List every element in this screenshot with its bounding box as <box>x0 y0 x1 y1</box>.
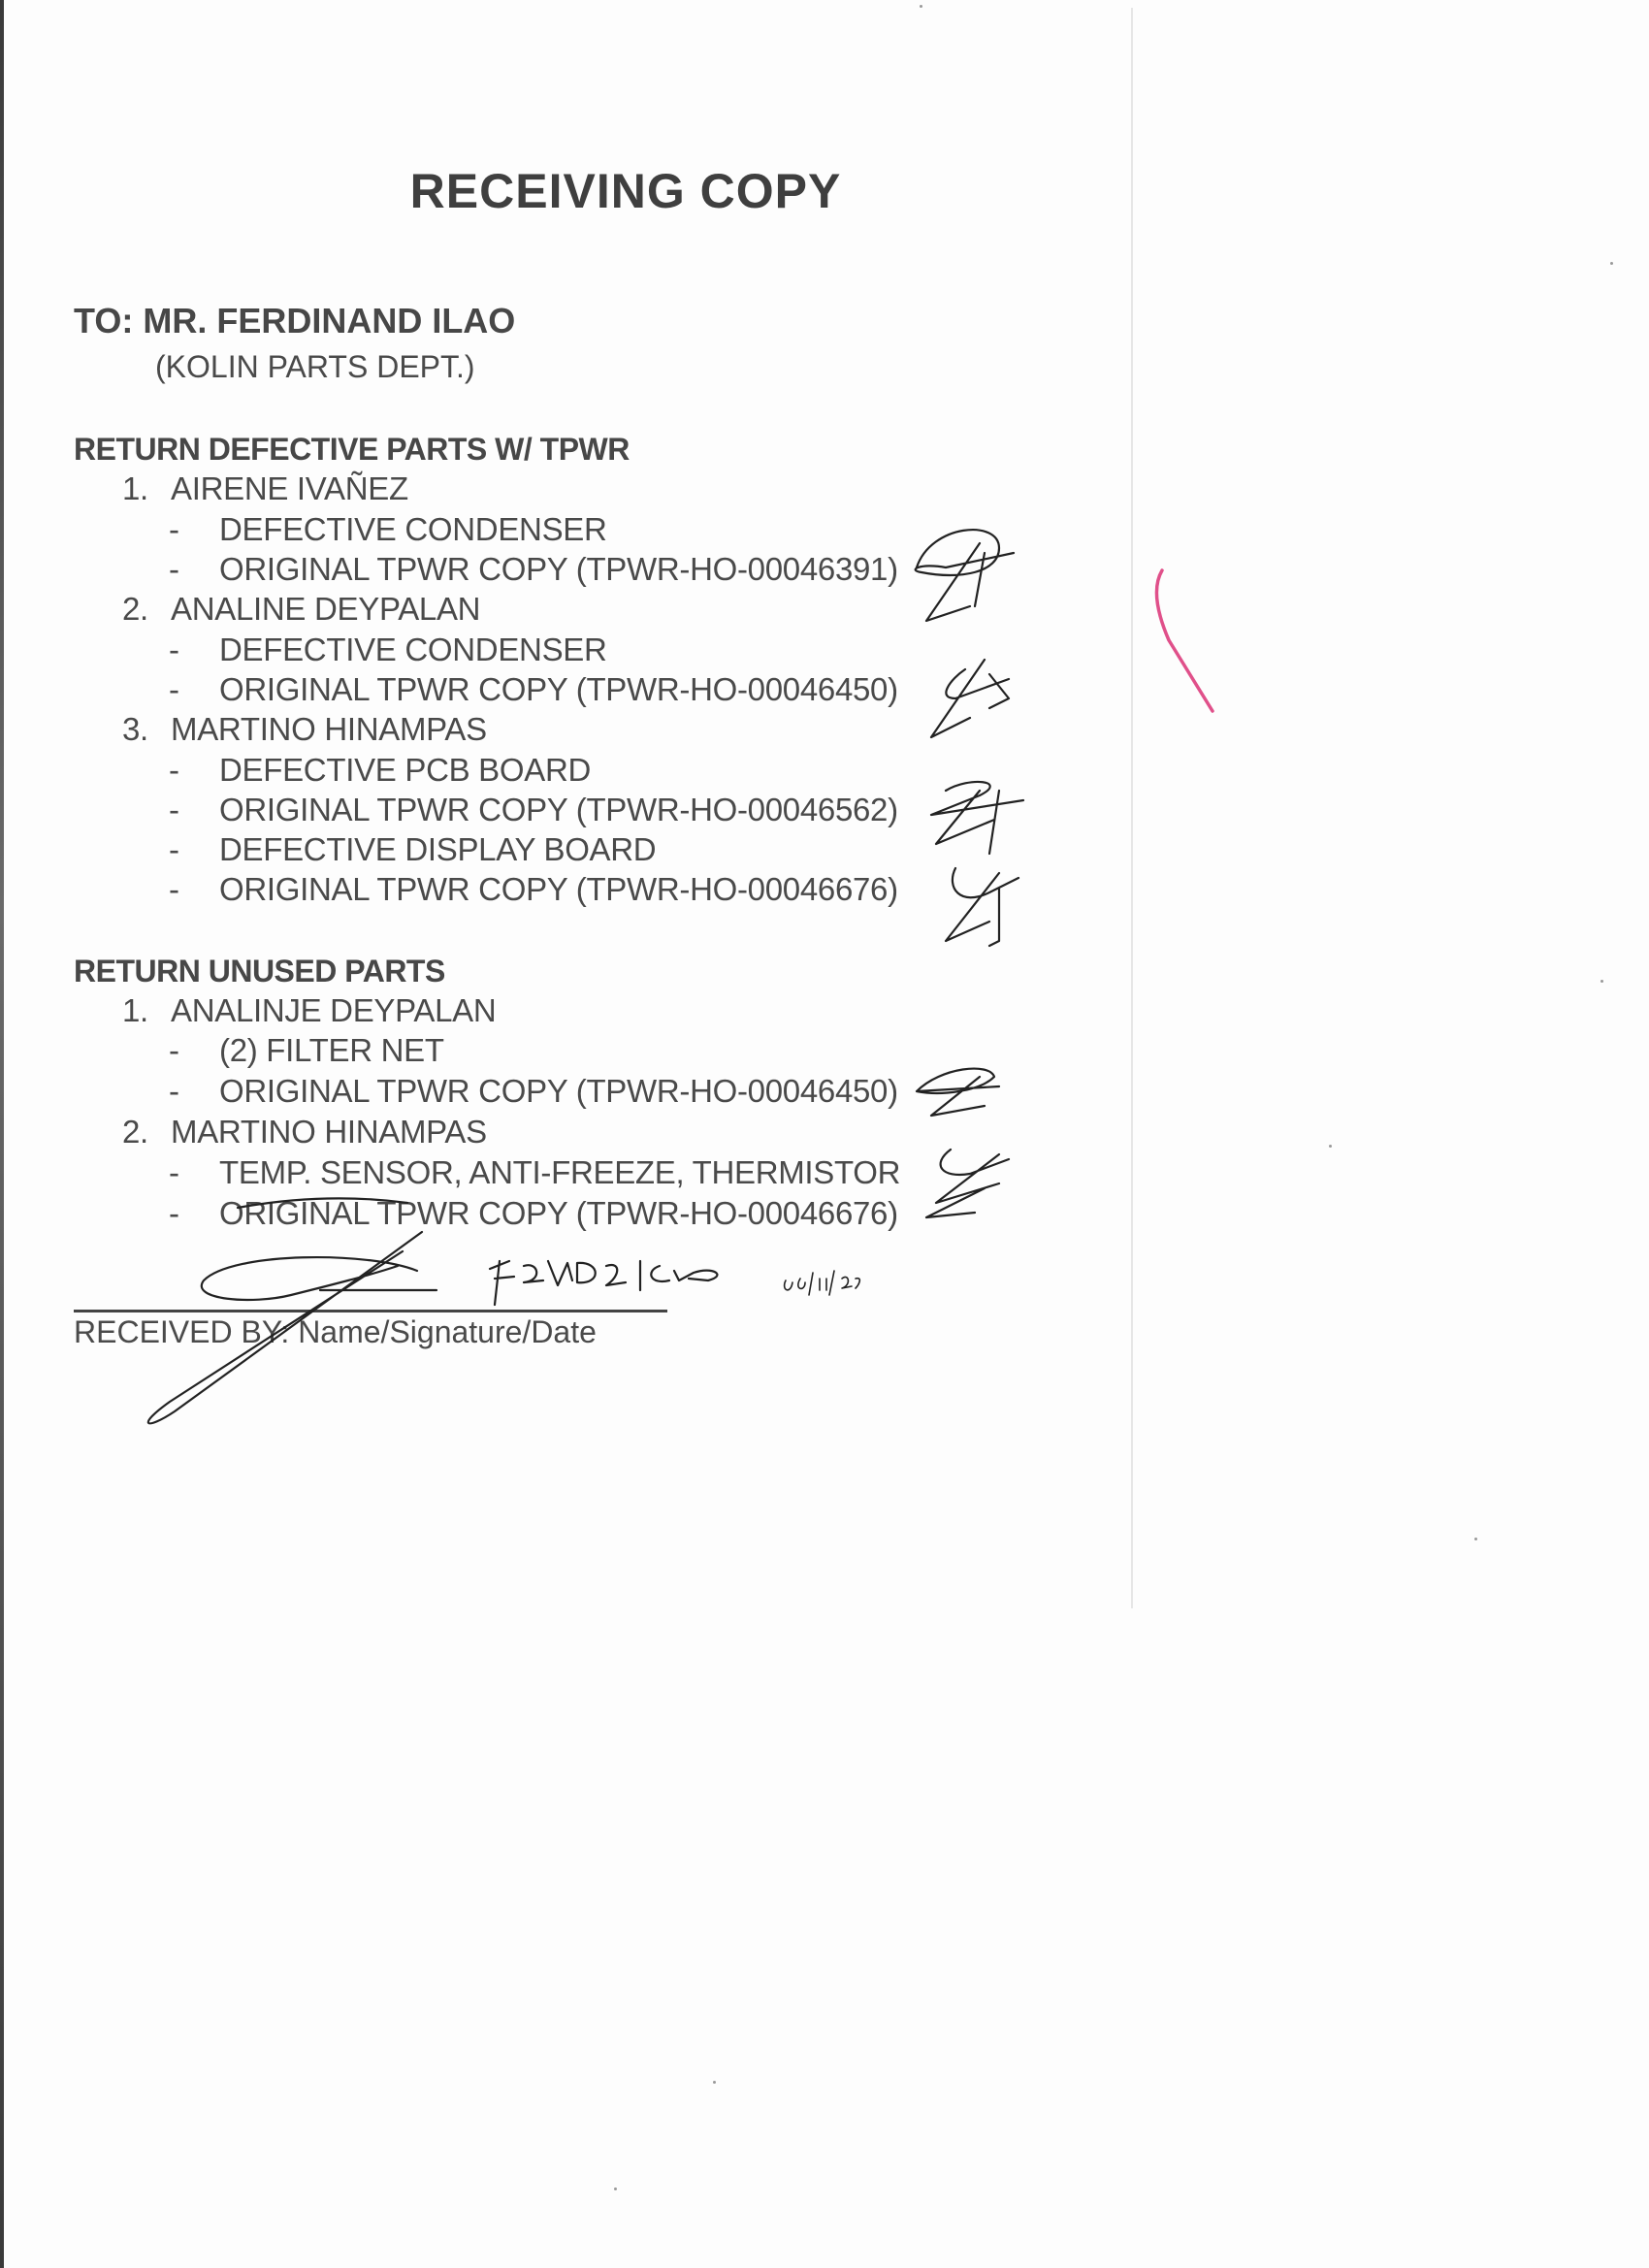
signature-line <box>74 1310 667 1312</box>
list-entry-person: 1.ANALINJE DEYPALAN <box>122 992 496 1029</box>
item-text: ORIGINAL TPWR COPY (TPWR-HO-00046450) <box>219 1073 898 1109</box>
item-text: ORIGINAL TPWR COPY (TPWR-HO-00046391) <box>219 551 898 587</box>
list-entry-person: 2.MARTINO HINAMPAS <box>122 1114 487 1150</box>
entry-name: MARTINO HINAMPAS <box>171 1114 487 1150</box>
item-text: DEFECTIVE PCB BOARD <box>219 752 591 788</box>
item-text: ORIGINAL TPWR COPY (TPWR-HO-00046450) <box>219 671 898 707</box>
entry-number: 1. <box>122 470 171 507</box>
list-item: -DEFECTIVE CONDENSER <box>169 632 607 668</box>
item-text: DEFECTIVE CONDENSER <box>219 511 607 547</box>
initials-mark-icon <box>931 782 1023 854</box>
bullet-dash: - <box>169 752 219 789</box>
entry-name: ANALINJE DEYPALAN <box>171 992 496 1028</box>
bullet-dash: - <box>169 511 219 548</box>
list-item: -ORIGINAL TPWR COPY (TPWR-HO-00046676) <box>169 1195 898 1232</box>
list-item: -ORIGINAL TPWR COPY (TPWR-HO-00046676) <box>169 871 898 908</box>
list-item: -DEFECTIVE DISPLAY BOARD <box>169 831 656 868</box>
list-item: -ORIGINAL TPWR COPY (TPWR-HO-00046562) <box>169 792 898 828</box>
item-text: DEFECTIVE CONDENSER <box>219 632 607 667</box>
scan-speck <box>1610 262 1613 265</box>
section-heading-defective: RETURN DEFECTIVE PARTS W/ TPWR <box>74 432 630 468</box>
recipient-line: TO: MR. FERDINAND ILAO <box>74 301 515 341</box>
bullet-dash: - <box>169 1195 219 1232</box>
entry-number: 2. <box>122 591 171 628</box>
list-entry-person: 1.AIRENE IVAÑEZ <box>122 470 408 507</box>
list-item: -DEFECTIVE CONDENSER <box>169 511 607 548</box>
bullet-dash: - <box>169 551 219 588</box>
item-text: DEFECTIVE DISPLAY BOARD <box>219 831 656 867</box>
initials-mark-icon <box>946 868 1018 946</box>
list-item: -ORIGINAL TPWR COPY (TPWR-HO-00046450) <box>169 671 898 708</box>
list-entry-person: 2.ANALINE DEYPALAN <box>122 591 480 628</box>
document-title: RECEIVING COPY <box>0 163 1251 219</box>
bullet-dash: - <box>169 1073 219 1110</box>
entry-number: 1. <box>122 992 171 1029</box>
initials-mark-icon <box>917 1069 999 1116</box>
bullet-dash: - <box>169 871 219 908</box>
entry-number: 2. <box>122 1114 171 1150</box>
item-text: ORIGINAL TPWR COPY (TPWR-HO-00046676) <box>219 1195 898 1231</box>
list-item: -DEFECTIVE PCB BOARD <box>169 752 591 789</box>
received-by-label: RECEIVED BY: Name/Signature/Date <box>74 1314 597 1350</box>
scan-speck <box>614 2187 617 2190</box>
bullet-dash: - <box>169 831 219 868</box>
section-heading-unused: RETURN UNUSED PARTS <box>74 954 445 989</box>
initials-mark-icon <box>931 660 1009 737</box>
bullet-dash: - <box>169 1032 219 1069</box>
bullet-dash: - <box>169 792 219 828</box>
list-item: -(2) FILTER NET <box>169 1032 444 1069</box>
entry-name: ANALINE DEYPALAN <box>171 591 480 627</box>
scan-speck <box>1600 980 1603 983</box>
entry-number: 3. <box>122 711 171 748</box>
bullet-dash: - <box>169 671 219 708</box>
scan-speck <box>713 2081 716 2084</box>
bullet-dash: - <box>169 1154 219 1191</box>
handwritten-date-icon <box>785 1271 860 1295</box>
handwritten-name-icon <box>490 1261 717 1305</box>
item-text: ORIGINAL TPWR COPY (TPWR-HO-00046676) <box>219 871 898 907</box>
recipient-department: (KOLIN PARTS DEPT.) <box>155 349 475 385</box>
item-text: TEMP. SENSOR, ANTI-FREEZE, THERMISTOR <box>219 1154 900 1190</box>
initials-mark-icon <box>926 1150 1009 1217</box>
bullet-dash: - <box>169 632 219 668</box>
scan-speck <box>920 5 922 8</box>
entry-name: AIRENE IVAÑEZ <box>171 470 408 506</box>
paper-fold-line <box>1131 8 1133 1608</box>
list-item: -TEMP. SENSOR, ANTI-FREEZE, THERMISTOR <box>169 1154 900 1191</box>
initials-mark-icon <box>916 530 1014 621</box>
list-entry-person: 3.MARTINO HINAMPAS <box>122 711 487 748</box>
item-text: ORIGINAL TPWR COPY (TPWR-HO-00046562) <box>219 792 898 827</box>
item-text: (2) FILTER NET <box>219 1032 444 1068</box>
scan-speck <box>1329 1145 1332 1148</box>
list-item: -ORIGINAL TPWR COPY (TPWR-HO-00046450) <box>169 1073 898 1110</box>
scan-speck <box>1474 1538 1477 1540</box>
pink-highlighter-mark <box>1156 570 1212 711</box>
list-item: -ORIGINAL TPWR COPY (TPWR-HO-00046391) <box>169 551 898 588</box>
scan-edge <box>0 0 4 2268</box>
entry-name: MARTINO HINAMPAS <box>171 711 487 747</box>
